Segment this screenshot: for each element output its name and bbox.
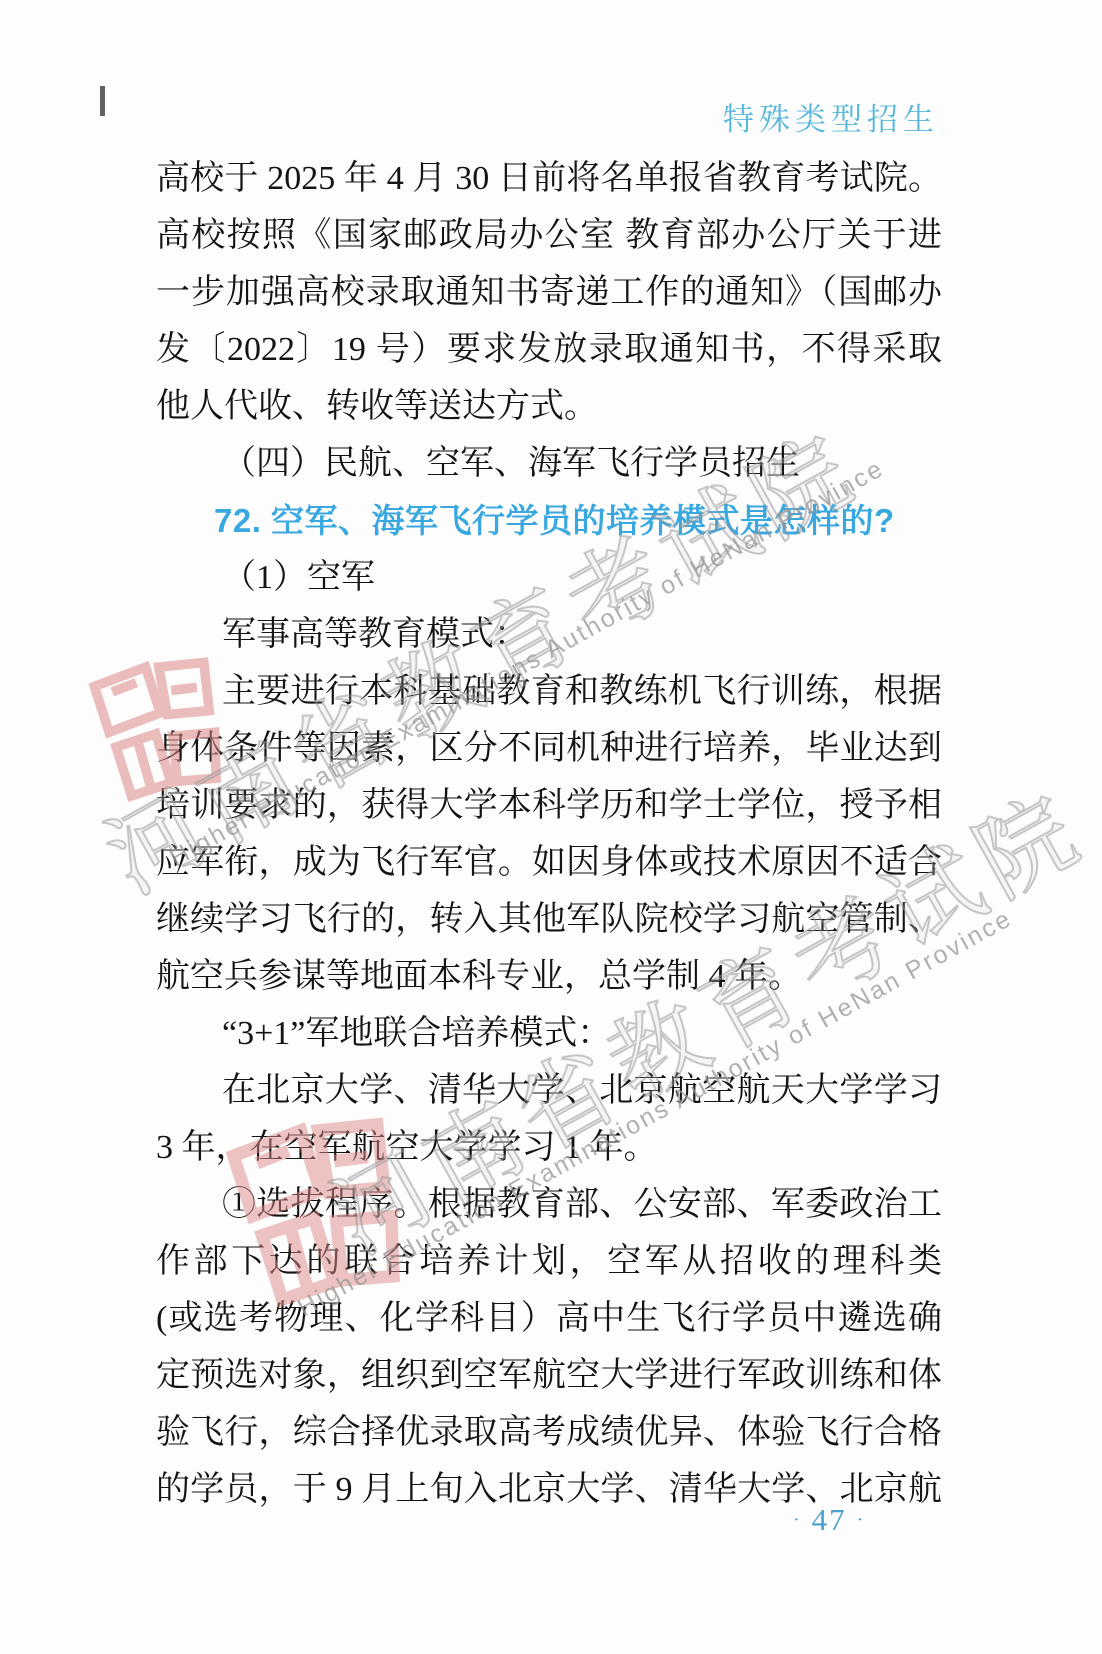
text-line: 他人代收、转收等送达方式。 xyxy=(156,378,942,435)
text-line: 培训要求的，获得大学本科学历和学士学位，授予相 xyxy=(156,777,942,834)
text-line: 应军衔，成为飞行军官。如因身体或技术原因不适合 xyxy=(156,834,942,891)
text-line: 3 年，在空军航空大学学习 1 年。 xyxy=(156,1119,942,1176)
text-line: 高校按照《国家邮政局办公室 教育部办公厅关于进 xyxy=(156,207,942,264)
page-number: · 47 · xyxy=(793,1502,865,1538)
running-header: 特殊类型招生 xyxy=(723,94,939,139)
text-line: （1）空军 xyxy=(156,549,942,606)
text-line: 航空兵参谋等地面本科专业，总学制 4 年。 xyxy=(156,948,942,1005)
section-heading: （四）民航、空军、海军飞行学员招生 xyxy=(156,435,942,492)
footer-right-dot: · xyxy=(857,1505,866,1536)
footer-left-dot: · xyxy=(793,1505,802,1536)
question-heading: 72. 空军、海军飞行学员的培养模式是怎样的? xyxy=(156,492,942,549)
text-line: 验飞行，综合择优录取高考成绩优异、体验飞行合格 xyxy=(156,1404,942,1461)
footer-number: 47 xyxy=(812,1502,847,1538)
text-line: ①选拔程序。根据教育部、公安部、军委政治工 xyxy=(156,1176,942,1233)
document-page: 特殊类型招生 高校于 2025 年 4 月 30 日前将名单报省教育考试院。 高… xyxy=(0,0,1102,1654)
text-line: (或选考物理、化学科目）高中生飞行学员中遴选确 xyxy=(156,1290,942,1347)
body-text: 高校于 2025 年 4 月 30 日前将名单报省教育考试院。 高校按照《国家邮… xyxy=(156,150,942,1518)
text-line: 继续学习飞行的，转入其他军队院校学习航空管制、 xyxy=(156,891,942,948)
scan-artifact xyxy=(100,86,105,116)
text-line: 高校于 2025 年 4 月 30 日前将名单报省教育考试院。 xyxy=(156,150,942,207)
text-line: 定预选对象，组织到空军航空大学进行军政训练和体 xyxy=(156,1347,942,1404)
text-line: “3+1”军地联合培养模式： xyxy=(156,1005,942,1062)
text-line: 发〔2022〕19 号）要求发放录取通知书，不得采取 xyxy=(156,321,942,378)
text-line: 作部下达的联合培养计划，空军从招收的理科类 xyxy=(156,1233,942,1290)
text-line: 军事高等教育模式： xyxy=(156,606,942,663)
text-line: 主要进行本科基础教育和教练机飞行训练，根据 xyxy=(156,663,942,720)
text-line: 在北京大学、清华大学、北京航空航天大学学习 xyxy=(156,1062,942,1119)
text-line: 身体条件等因素，区分不同机种进行培养，毕业达到 xyxy=(156,720,942,777)
text-line: 一步加强高校录取通知书寄递工作的通知》（国邮办 xyxy=(156,264,942,321)
